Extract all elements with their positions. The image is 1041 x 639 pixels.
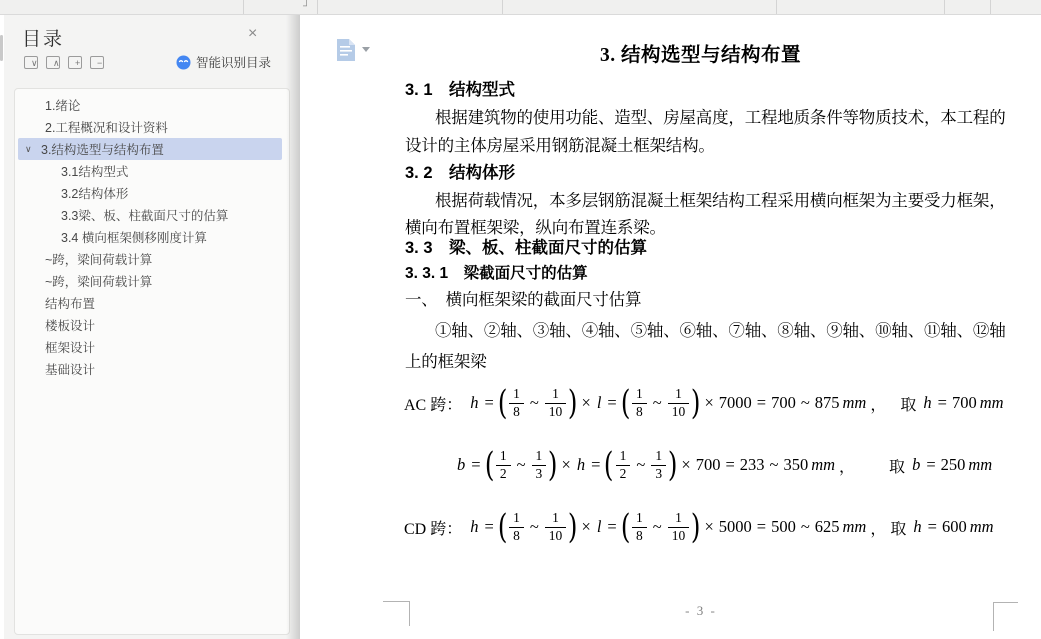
formula-token: mm (978, 393, 1006, 413)
formula-token: 600 (941, 517, 968, 537)
toc-item-label: 3.1结构型式 (61, 162, 128, 180)
formula-token: 5000 (718, 517, 753, 537)
fraction: 18 (630, 510, 649, 545)
doc-heading: 3. 1 结构型式 (405, 76, 515, 100)
formula-token: ~ (526, 517, 543, 537)
formula-token: = (753, 517, 770, 537)
formula-token: h (911, 517, 923, 537)
formula-token: 875 (814, 393, 841, 413)
formula-line: AC 跨：h=(18~110)×l=(18~110)×7000=700~875m… (404, 377, 1006, 429)
toc-item[interactable]: 3.3梁、板、柱截面尺寸的估算 (15, 204, 285, 226)
fraction: 18 (507, 510, 526, 545)
paren-glyph: ( (604, 450, 614, 481)
paren-glyph: ) (668, 450, 678, 481)
smart-recognize-toc-button[interactable]: 智能识别目录 (176, 53, 271, 71)
paren-glyph: ) (568, 388, 578, 419)
formula-token: h (575, 455, 587, 475)
formula-token: mm (809, 455, 837, 475)
document-page: 3. 结构选型与结构布置3. 1 结构型式根据建筑物的使用功能、造型、房屋高度，… (300, 15, 1041, 639)
collapse-all-button[interactable]: ∧ (46, 56, 60, 69)
top-ruler-bar: ┘ (0, 0, 1041, 15)
formula-token: ~ (632, 455, 649, 475)
doc-text-line: 一、 横向框架梁的截面尺寸估算 (405, 286, 641, 310)
fraction: 110 (543, 510, 569, 545)
sidebar-title: 目录 (22, 24, 64, 51)
ai-sparkle-icon (176, 55, 191, 70)
formula-token: ~ (526, 393, 543, 413)
formula-token: × (558, 455, 575, 475)
formula-token: = (467, 455, 484, 475)
formula-token: ， (868, 392, 888, 415)
toc-item[interactable]: 3.2结构体形 (15, 182, 285, 204)
formula-token: = (587, 455, 604, 475)
margin-mark-right (993, 602, 1018, 631)
formula-token: mm (841, 393, 869, 413)
toc-item[interactable]: 1.绪论 (15, 94, 285, 116)
formula-token: b (910, 455, 922, 475)
formula-token: ~ (513, 455, 530, 475)
toc-item-label: 楼板设计 (45, 316, 95, 334)
paren-glyph: ) (568, 512, 578, 543)
expand-all-button[interactable]: ∨ (24, 56, 38, 69)
toc-item[interactable]: ∨3.结构选型与结构布置 (18, 138, 282, 160)
document-icon[interactable] (336, 38, 356, 62)
formula-token: 700 (695, 455, 722, 475)
fraction: 18 (630, 386, 649, 421)
formula-token: = (603, 517, 620, 537)
paren-glyph: ) (691, 512, 701, 543)
fraction: 12 (614, 448, 633, 483)
formula-token: ~ (649, 393, 666, 413)
toc-item-label: ~跨，梁间荷载计算 (45, 250, 152, 268)
formula-token: mm (841, 517, 869, 537)
formula-token: = (922, 455, 939, 475)
fraction: 13 (530, 448, 549, 483)
formula-token: 7000 (718, 393, 753, 413)
mini-scrollbar[interactable] (0, 35, 3, 61)
paren-glyph: ) (548, 450, 558, 481)
formula-token: ~ (797, 393, 814, 413)
formula-token: × (700, 517, 717, 537)
toc-sidebar: 目录 × ∨ ∧ + − 智能识别目录 1.绪论2.工程概况和设计资料∨3.结构… (4, 15, 300, 639)
paren-glyph: ( (498, 512, 508, 543)
doc-text-line: 根据建筑物的使用功能、造型、房屋高度，工程地质条件等物质技术，本工程的 (435, 104, 1006, 128)
formula-token: 700 (951, 393, 978, 413)
formula-token: 取 (887, 454, 907, 477)
formula-token: 700 (770, 393, 797, 413)
toc-item-label: 3.结构选型与结构布置 (41, 140, 164, 158)
formula-token: = (480, 393, 497, 413)
doc-title: 3. 结构选型与结构布置 (360, 39, 1041, 67)
toc-item[interactable]: 2.工程概况和设计资料 (15, 116, 285, 138)
toc-item-label: 结构布置 (45, 294, 95, 312)
formula-token: b (455, 455, 467, 475)
fraction: 110 (543, 386, 569, 421)
paren-glyph: ( (621, 388, 631, 419)
toc-item[interactable]: 3.1结构型式 (15, 160, 285, 182)
fraction: 110 (666, 386, 692, 421)
doc-text-line: 根据荷载情况，本多层钢筋混凝土框架结构工程采用横向框架为主要受力框架， (435, 187, 1006, 211)
formula-token: 取 (898, 392, 918, 415)
ruler-divider (990, 0, 991, 14)
doc-heading: 3. 2 结构体形 (405, 159, 515, 183)
zoom-out-button[interactable]: − (90, 56, 104, 69)
ruler-divider (317, 0, 318, 14)
doc-heading: 3. 3 梁、板、柱截面尺寸的估算 (405, 234, 647, 258)
formula-token: × (578, 393, 595, 413)
paren-glyph: ( (621, 512, 631, 543)
doc-text-line: 上的框架梁 (405, 348, 487, 372)
formula-line: CD 跨：h=(18~110)×l=(18~110)×5000=500~625m… (404, 501, 996, 553)
formula-token: 取 (888, 516, 908, 539)
paren-glyph: ( (498, 388, 508, 419)
formula-token: 625 (814, 517, 841, 537)
ruler-corner-glyph: ┘ (303, 0, 310, 13)
ruler-divider (243, 0, 244, 14)
toc-item-label: 2.工程概况和设计资料 (45, 118, 168, 136)
toc-item[interactable]: 楼板设计 (15, 314, 285, 336)
toc-item[interactable]: 结构布置 (15, 292, 285, 314)
formula-token: ， (868, 516, 888, 539)
formula-token: ~ (649, 517, 666, 537)
paren-glyph: ) (691, 388, 701, 419)
toc-item[interactable]: 3.4 横向框架侧移刚度计算 (15, 226, 285, 248)
close-icon[interactable]: × (248, 26, 257, 42)
margin-mark-left (383, 601, 410, 626)
formula-token: h (468, 393, 480, 413)
formula-token: ~ (766, 455, 783, 475)
formula-token: AC 跨： (404, 392, 462, 415)
doc-heading: 3. 3. 1 梁截面尺寸的估算 (405, 261, 588, 283)
toc-item[interactable]: 框架设计 (15, 336, 285, 358)
toc-item-label: 基础设计 (45, 360, 95, 378)
fraction: 13 (649, 448, 668, 483)
toc-item[interactable]: ~跨，梁间荷载计算 (15, 270, 285, 292)
toc-item-label: 1.绪论 (45, 96, 80, 114)
zoom-in-button[interactable]: + (68, 56, 82, 69)
formula-token: = (721, 455, 738, 475)
toc-item[interactable]: 基础设计 (15, 358, 285, 380)
ruler-divider (776, 0, 777, 14)
page-number: - 3 - (641, 603, 761, 619)
chevron-down-icon[interactable]: ∨ (25, 144, 41, 155)
formula-token: = (603, 393, 620, 413)
toc-item-label: ~跨，梁间荷载计算 (45, 272, 152, 290)
formula-token: 250 (940, 455, 967, 475)
formula-token: × (700, 393, 717, 413)
ruler-divider (502, 0, 503, 14)
smart-recognize-label: 智能识别目录 (196, 53, 271, 71)
formula-line: b=(12~13)×h=(12~13)×700=233~350mm，取b=250… (455, 439, 994, 491)
doc-text-line: 设计的主体房屋采用钢筋混凝土框架结构。 (405, 132, 715, 156)
formula-token: ， (837, 454, 857, 477)
formula-token: l (595, 517, 604, 537)
formula-token: 233 (739, 455, 766, 475)
formula-token: 350 (782, 455, 809, 475)
formula-token: = (934, 393, 951, 413)
fraction: 12 (494, 448, 513, 483)
fraction: 110 (666, 510, 692, 545)
doc-text-line: ①轴、②轴、③轴、④轴、⑤轴、⑥轴、⑦轴、⑧轴、⑨轴、⑩轴、⑪轴、⑫轴 (435, 317, 1006, 341)
toc-item-label: 3.4 横向框架侧移刚度计算 (61, 228, 207, 246)
formula-token: = (753, 393, 770, 413)
formula-token: CD 跨： (404, 516, 462, 539)
formula-token: ~ (797, 517, 814, 537)
sidebar-edge-shadow (286, 15, 300, 639)
formula-token: = (480, 517, 497, 537)
formula-token: l (595, 393, 604, 413)
toc-item[interactable]: ~跨，梁间荷载计算 (15, 248, 285, 270)
toc-item-label: 框架设计 (45, 338, 95, 356)
formula-token: h (921, 393, 933, 413)
formula-token: × (677, 455, 694, 475)
formula-token: 500 (770, 517, 797, 537)
formula-token: mm (966, 455, 994, 475)
fraction: 18 (507, 386, 526, 421)
formula-token: = (924, 517, 941, 537)
formula-token: mm (968, 517, 996, 537)
toc-item-label: 3.2结构体形 (61, 184, 128, 202)
formula-token: h (468, 517, 480, 537)
toc-list: 1.绪论2.工程概况和设计资料∨3.结构选型与结构布置3.1结构型式3.2结构体… (15, 94, 285, 380)
ruler-divider (944, 0, 945, 14)
formula-token: × (578, 517, 595, 537)
toc-panel: 1.绪论2.工程概况和设计资料∨3.结构选型与结构布置3.1结构型式3.2结构体… (14, 88, 290, 635)
toc-item-label: 3.3梁、板、柱截面尺寸的估算 (61, 206, 228, 224)
paren-glyph: ( (484, 450, 494, 481)
